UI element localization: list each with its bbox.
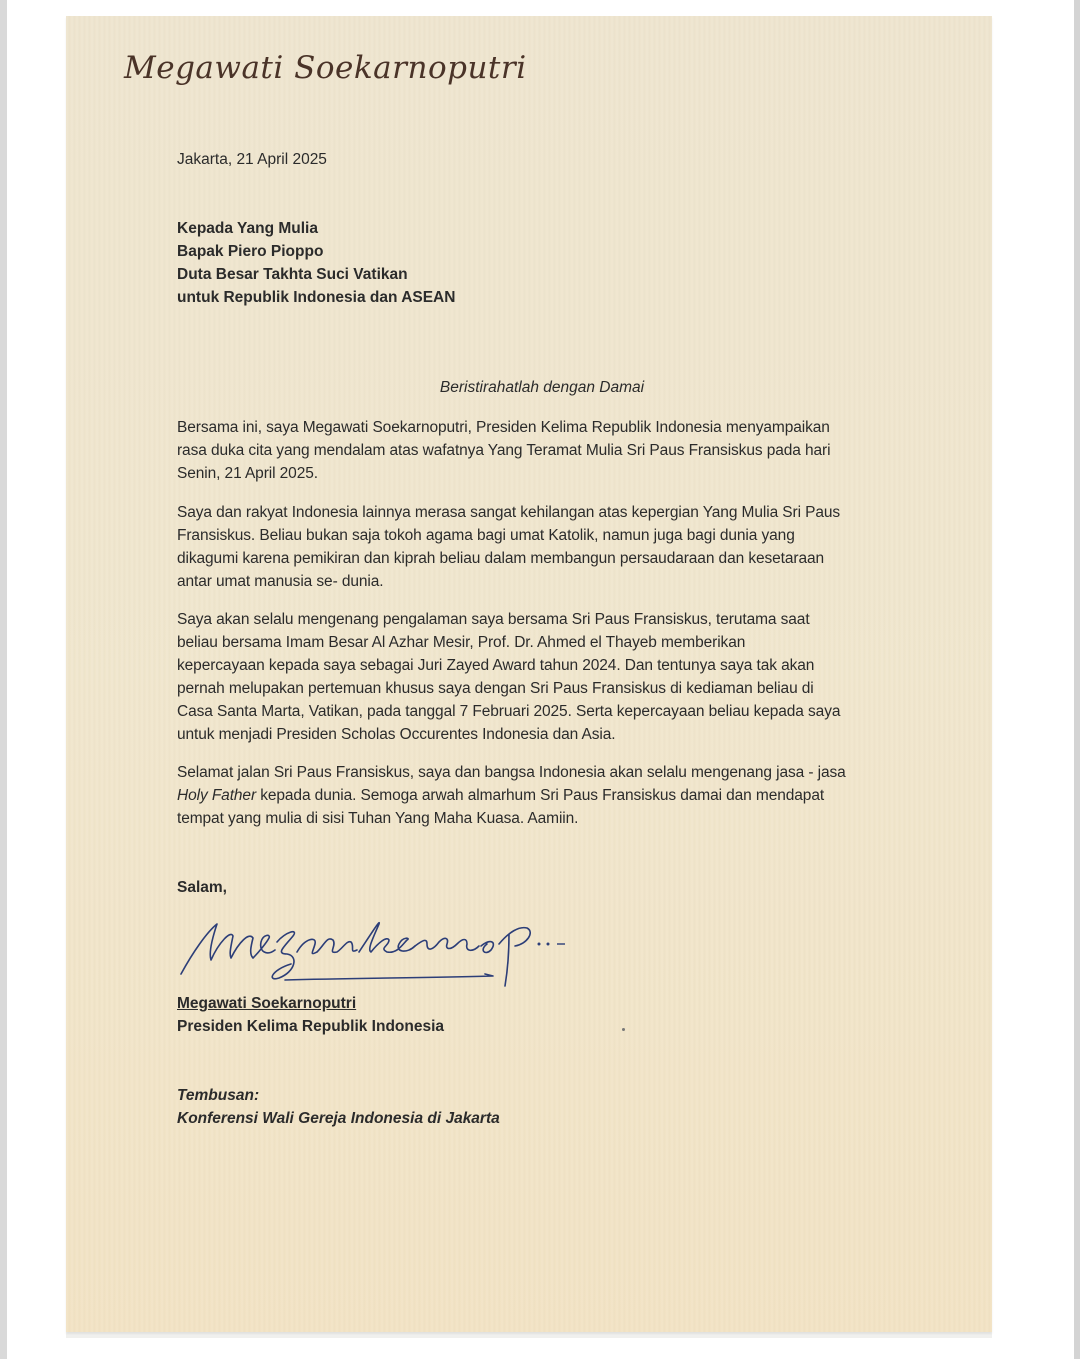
addressee-line: untuk Republik Indonesia dan ASEAN <box>177 286 455 309</box>
signature-icon <box>175 912 615 992</box>
paragraph-farewell: Selamat jalan Sri Paus Fransiskus, saya … <box>177 761 913 830</box>
paragraph-line: pernah melupakan pertemuan khusus saya d… <box>177 677 913 700</box>
paragraph-condolence: Bersama ini, saya Megawati Soekarnoputri… <box>177 416 913 485</box>
paragraph-line: dikagumi karena pemikiran dan kiprah bel… <box>177 547 913 570</box>
date-line: Jakarta, 21 April 2025 <box>177 148 327 171</box>
letterhead: Megawati Soekarnoputri <box>124 50 527 86</box>
closing-salutation: Salam, <box>177 876 227 899</box>
addressee-line: Kepada Yang Mulia <box>177 217 455 240</box>
cc-label: Tembusan: <box>177 1084 259 1107</box>
paragraph-line: antar umat manusia se- dunia. <box>177 570 913 593</box>
addressee-line: Bapak Piero Pioppo <box>177 240 455 263</box>
paragraph-line: Saya akan selalu mengenang pengalaman sa… <box>177 608 913 631</box>
paragraph-line-rest: kepada dunia. Semoga arwah almarhum Sri … <box>256 787 824 804</box>
paragraph-line: Bersama ini, saya Megawati Soekarnoputri… <box>177 416 913 439</box>
signer-title: Presiden Kelima Republik Indonesia <box>177 1015 444 1038</box>
cc-recipient: Konferensi Wali Gereja Indonesia di Jaka… <box>177 1107 500 1130</box>
paragraph-loss: Saya dan rakyat Indonesia lainnya merasa… <box>177 501 913 593</box>
paragraph-line: Casa Santa Marta, Vatikan, pada tanggal … <box>177 700 913 723</box>
viewer-right-edge <box>1074 0 1080 1359</box>
paragraph-line: Fransiskus. Beliau bukan saja tokoh agam… <box>177 524 913 547</box>
paragraph-line: rasa duka cita yang mendalam atas wafatn… <box>177 439 913 462</box>
paragraph-line: Saya dan rakyat Indonesia lainnya merasa… <box>177 501 913 524</box>
signer-name: Megawati Soekarnoputri <box>177 992 356 1015</box>
paragraph-line: Holy Father kepada dunia. Semoga arwah a… <box>177 784 913 807</box>
paragraph-line: untuk menjadi Presiden Scholas Occurente… <box>177 723 913 746</box>
paragraph-line: kepercayaan kepada saya sebagai Juri Zay… <box>177 654 913 677</box>
paper-speck <box>622 1028 625 1031</box>
holy-father-italic: Holy Father <box>177 787 256 804</box>
addressee-block: Kepada Yang Mulia Bapak Piero Pioppo Dut… <box>177 217 455 309</box>
paragraph-line: Selamat jalan Sri Paus Fransiskus, saya … <box>177 761 913 784</box>
paragraph-line: tempat yang mulia di sisi Tuhan Yang Mah… <box>177 807 913 830</box>
paragraph-memories: Saya akan selalu mengenang pengalaman sa… <box>177 608 913 746</box>
addressee-line: Duta Besar Takhta Suci Vatikan <box>177 263 455 286</box>
paragraph-line: beliau bersama Imam Besar Al Azhar Mesir… <box>177 631 913 654</box>
viewer-left-edge <box>0 0 7 1359</box>
paragraph-line: Senin, 21 April 2025. <box>177 462 913 485</box>
subject-line: Beristirahatlah dengan Damai <box>177 379 907 397</box>
paper-shadow <box>66 1332 992 1338</box>
